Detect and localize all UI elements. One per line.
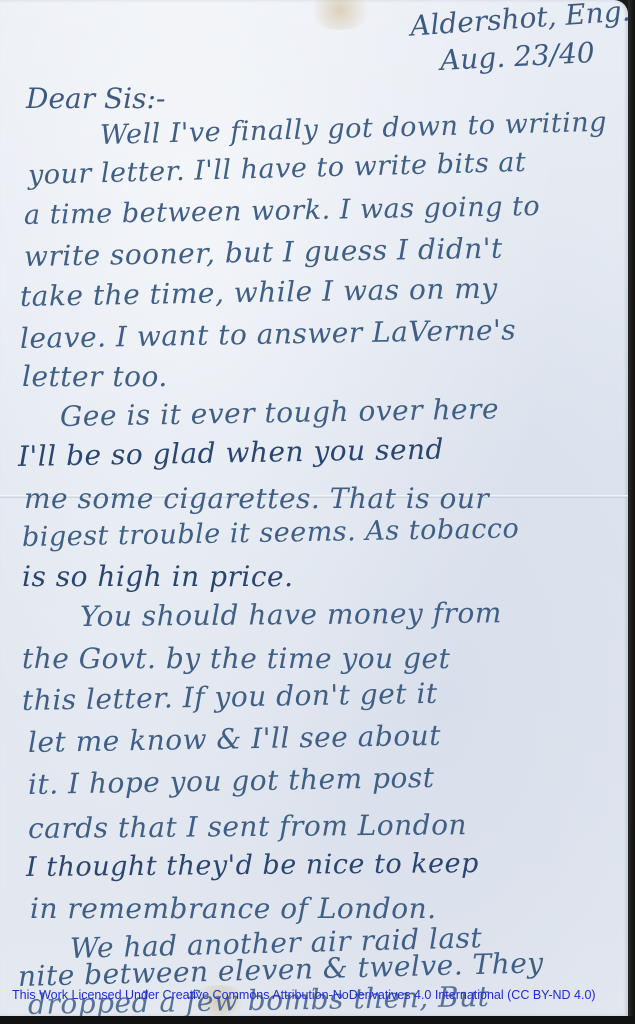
letter-line: bigest trouble it seems. As tobacco bbox=[22, 513, 520, 553]
scan-border-right bbox=[628, 0, 635, 1024]
paper-stain bbox=[305, 0, 375, 30]
letter-line: You should have money from bbox=[80, 596, 502, 633]
letter-line: take the time, while I was on my bbox=[20, 272, 498, 313]
letter-line: in remembrance of London. bbox=[30, 892, 437, 925]
letter-line: letter too. bbox=[22, 360, 168, 393]
letter-line: write sooner, but I guess I didn't bbox=[24, 232, 503, 273]
letter-line: cards that I sent from London bbox=[28, 808, 467, 845]
letter-line: a time between work. I was going to bbox=[24, 191, 541, 231]
license-notice: This Work Licensed Under Creative Common… bbox=[12, 988, 596, 1002]
scan-border-bottom bbox=[0, 1016, 635, 1024]
letter-line: your letter. I'll have to write bits at bbox=[28, 147, 527, 191]
letter-page: Aldershot, Eng. Aug. 23/40 Dear Sis:- We… bbox=[0, 0, 628, 1016]
letter-salutation: Dear Sis:- bbox=[26, 82, 165, 115]
letter-date: Aug. 23/40 bbox=[439, 36, 595, 77]
letter-line: let me know & I'll see about bbox=[28, 719, 442, 759]
letter-line: I'll be so glad when you send bbox=[18, 433, 445, 473]
letter-line: the Govt. by the time you get bbox=[22, 642, 450, 675]
letter-place: Aldershot, Eng. bbox=[409, 0, 628, 43]
letter-line: leave. I want to answer LaVerne's bbox=[20, 313, 517, 355]
letter-line: Gee is it ever tough over here bbox=[60, 392, 500, 433]
letter-line: this letter. If you don't get it bbox=[22, 677, 438, 717]
letter-line: it. I hope you got them post bbox=[28, 761, 435, 801]
letter-line: I thought they'd be nice to keep bbox=[26, 848, 479, 883]
letter-line: me some cigarettes. That is our bbox=[24, 482, 489, 515]
letter-line: Well I've finally got down to writing bbox=[100, 107, 608, 151]
letter-line: is so high in price. bbox=[22, 560, 294, 593]
